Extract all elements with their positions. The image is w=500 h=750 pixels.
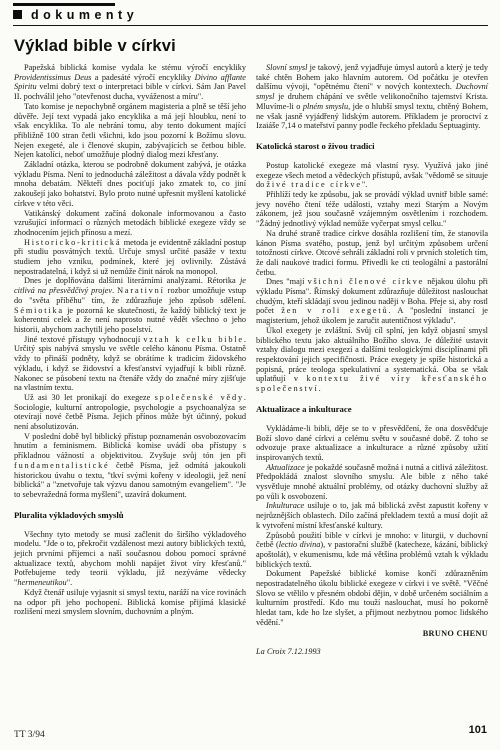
paragraph: Vatikánský dokument začíná dokonale info… [14,209,246,238]
article-title: Výklad bible v církvi [14,37,500,56]
paragraph: Způsobů použití bible v církvi je mnoho:… [256,531,488,570]
section-heading: Katolická starost o živou tradici [256,141,488,151]
paragraph: V poslední době byl biblický přístup poz… [14,432,246,500]
paragraph: Postup katolické exegeze má vlastní rysy… [256,161,488,190]
header-rule-bottom [13,25,488,27]
header-rule-top [13,3,115,6]
paragraph: Dnes je doplňována dalšími literárními a… [14,276,246,334]
paragraph: Slovní smysl je takový, jenž vyjadřuje ú… [256,63,488,131]
section-heading: Pluralita výkladových smyslů [14,510,246,520]
article-body: Papežská biblická komise vydala ke stému… [0,56,500,663]
page-footer: TT 3/94 101 [14,724,487,740]
paragraph: Inkulturace usiluje o to, jak má biblick… [256,501,488,530]
paragraph: Úkol exegety je zvláštní. Svůj cíl splní… [256,326,488,394]
left-column: Papežská biblická komise vydala ke stému… [14,63,246,663]
paragraph: Historicko-kritická metoda je evidentně … [14,238,246,277]
right-column: Slovní smysl je takový, jenž vyjadřuje ú… [256,63,488,663]
paragraph: Všechny tyto metody se musí začlenit do … [14,530,246,588]
paragraph: Základní otázka, kterou se podrobně doku… [14,160,246,209]
paragraph: Dnes "mají všichni členové církve nějako… [256,277,488,326]
magazine-page: dokumenty Výklad bible v církvi Papežská… [0,0,500,750]
paragraph: Přihlíží tedy ke způsobu, jak se provádí… [256,190,488,229]
square-bullet-icon [13,10,22,19]
author-byline: BRUNO CHENU [256,629,488,639]
paragraph: Na druhé straně tradice církve dosáhla r… [256,229,488,278]
section-banner: dokumenty [0,7,500,23]
paragraph: Vykládáme-li bibli, děje se to v přesvěd… [256,424,488,463]
issue-label: TT 3/94 [14,730,45,740]
paragraph: Papežská biblická komise vydala ke stému… [14,63,246,102]
section-label: dokumenty [31,8,138,22]
paragraph: Tato komise je nepochybně orgánem magist… [14,102,246,160]
paragraph: Aktualizace je pokaždé současně možná i … [256,463,488,502]
page-header: dokumenty [0,0,500,26]
section-heading: Aktualizace a inkulturace [256,404,488,414]
page-number: 101 [469,724,487,736]
paragraph: Když čtenář usiluje vyjasnit si smysl te… [14,588,246,617]
source-citation: La Croix 7.12.1993 [256,647,488,657]
paragraph: Už asi 30 let pronikají do exegeze spole… [14,393,246,432]
paragraph: Dokument Papežské biblické komise končí … [256,569,488,627]
paragraph: Jiné textové přístupy vyhodnocují vztah … [14,335,246,393]
